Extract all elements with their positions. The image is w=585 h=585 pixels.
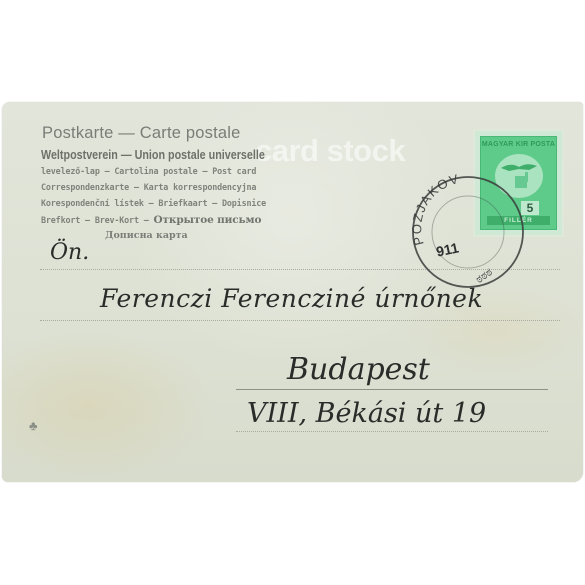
header-levelezo-lap: levelező-lap — Cartolina postale — Post … [41,166,256,176]
stamp-title: MAGYAR KIR POSTA [481,141,556,148]
header-brefkort: Brefkort — Brev-Kort — Открытое письмо [41,214,261,226]
handwritten-salutation: Ön. [50,240,89,265]
postmark-icon: POZJAKOV 911 ಠಠಠ [410,174,526,290]
header-brefkort-latin: Brefkort — Brev-Kort — [41,215,154,225]
header-korespondencni: Korespondenční lístek — Briefkaart — Dop… [41,198,266,208]
header-russian: Открытое письмо [154,214,262,226]
header-postkarte: Postkarte — Carte postale [42,124,241,143]
svg-text:POZJAKOV: POZJAKOV [410,174,461,247]
clover-icon: ♣ [29,418,38,433]
watermark: card stock [255,133,405,169]
address-line-3 [236,389,548,390]
address-line-4 [236,431,548,432]
handwritten-city: Budapest [287,352,430,387]
svg-text:ಠಠಠ: ಠಠಠ [473,265,495,286]
address-line-2 [40,320,560,321]
handwritten-street: VIII, Békási út 19 [247,398,486,429]
svg-text:911: 911 [435,239,461,259]
header-ukrainian: Дописна карта [105,230,188,241]
header-weltpostverein: Weltpostverein — Union postale universel… [41,148,265,162]
header-correspondenzkarte: Correspondenzkarte — Karta korrespondenc… [41,182,256,192]
